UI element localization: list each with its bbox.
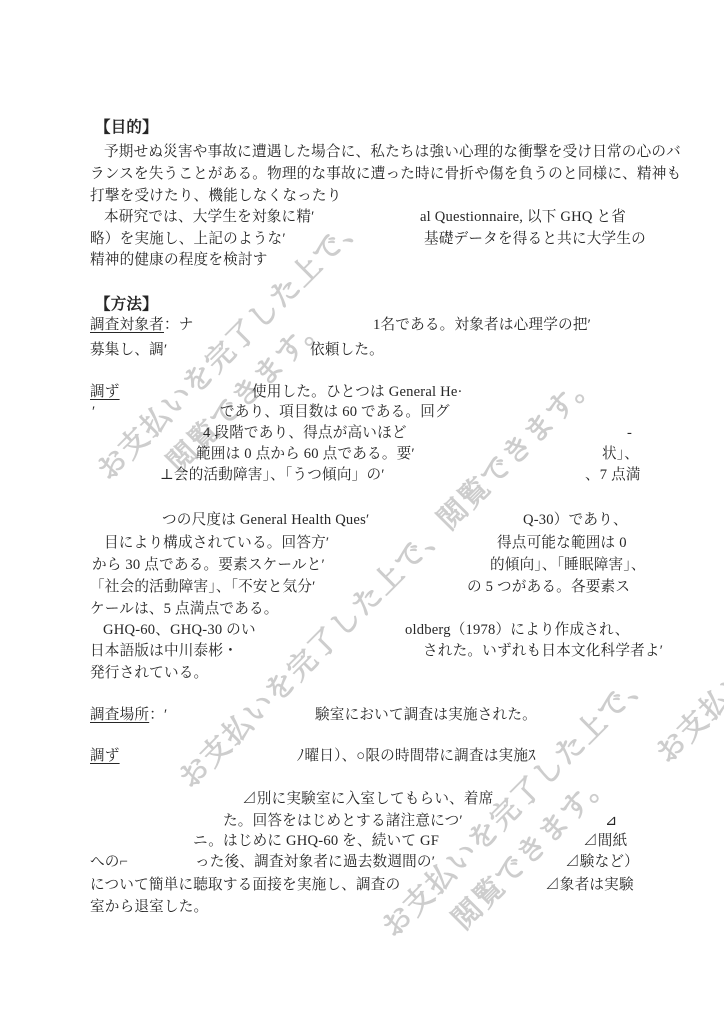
text-fragment: ⊿間紙 (583, 832, 627, 851)
text-line: ケールは、5 点満点である。 (90, 600, 279, 619)
text-fragment: ⊿象者は実験 (545, 876, 634, 895)
text-line-subjects: 調査対象者：ナ (90, 316, 194, 335)
text-fragment: ⊿ (605, 812, 617, 831)
underlined-label-subjects: 調査対象者 (90, 317, 164, 333)
text-line: 範囲は 0 点から 60 点である。要′ (196, 445, 415, 464)
text-line: 験室において調査は実施された。 (315, 706, 537, 725)
underlined-label-place: 調査場所 (90, 707, 149, 723)
text-line: 精神的健康の程度を検討す (90, 251, 268, 270)
text-line: 1名である。対象者は心理学の把′ (373, 316, 591, 335)
text-line: 基礎データを得ると共に大学生の (424, 230, 646, 249)
text-line: 略）を実施し、上記のような′ (90, 230, 286, 249)
text-fragment: Q-30）であり、 (523, 511, 628, 530)
text-line: 「社会的活動障害」、「不安と気分′ (90, 578, 316, 597)
text-line: 募集し、調′ (90, 341, 167, 360)
text-line: 打撃を受けたり、機能しなくなったり (90, 187, 342, 206)
text-fragment: 的傾向」、「睡眠障害」、 (490, 556, 646, 575)
text-line: 本研究では、大学生を対象に精′ (104, 208, 315, 227)
text-line-place: 調査場所：′ (90, 706, 167, 725)
text-fragment: ′ (92, 403, 95, 422)
text-line: GHQ-60、GHQ-30 のい (103, 621, 256, 640)
text-line: ランスを失うことがある。物理的な事故に遭った時に骨折や傷を負うのと同様に、精神も (90, 165, 681, 184)
text-fragment: 得点可能な範囲は 0 (497, 534, 627, 553)
text-fragment: 、7 点満 (585, 466, 641, 485)
text-line-survey2: 調ず (90, 747, 120, 766)
section-heading-method: 【方法】 (95, 295, 158, 314)
text-fragment: された。いずれも日本文化科学者よ′ (423, 642, 663, 661)
text-line-survey1: 調ず (90, 383, 120, 402)
text-line: った後、調査対象者に過去数週間の′ (195, 853, 435, 872)
underlined-label-survey1: 調ず (90, 384, 120, 400)
text-line: 日本語版は中川泰彬・ (90, 642, 238, 661)
text-layer: 【目的】 予期せぬ災害や事故に遭遇した場合に、私たちは強い心理的な衝撃を受け日常… (0, 0, 724, 1024)
text-line: ﾉ曜日）、○限の時間帯に調査は実施ｽ (297, 747, 536, 766)
text-fragment: 状」、 (602, 445, 639, 464)
text-fragment: ⊿験など） (565, 853, 639, 872)
text-line: であり、項目数は 60 である。回グ (220, 403, 450, 422)
text-line: 使用した。ひとつは General He· (252, 383, 463, 402)
text-fragment: oldberg（1978）により作成され、 (405, 621, 630, 640)
text-line: つの尺度は General Health Ques′ (162, 511, 369, 530)
label-rest: ：ナ (164, 317, 194, 333)
text-line: 室から退室した。 (90, 898, 208, 917)
text-line: から 30 点である。要素スケールと′ (92, 556, 325, 575)
text-fragment: の 5 つがある。各要素ス (467, 578, 630, 597)
text-line: 予期せぬ災害や事故に遭遇した場合に、私たちは強い心理的な衝撃を受け日常の心のバ (104, 143, 681, 162)
text-line: について簡単に聴取する面接を実施し、調査の (90, 876, 400, 895)
text-line: た。回答をはじめとする諸注意につ′ (223, 812, 463, 831)
text-fragment: への⌐ (90, 853, 128, 872)
text-line: 4 段階であり、得点が高いほど (203, 424, 407, 443)
text-line: ⊿別に実験室に入室してもらい、着席 (242, 790, 494, 809)
section-heading-purpose: 【目的】 (95, 118, 158, 137)
text-line: 発行されている。 (90, 664, 208, 683)
text-line: ⊥会的活動障害」、「うつ傾向」の′ (160, 466, 385, 485)
document-page: お支払いを完了した上で、 閲覧できます。 お支払いを完了した上で、閲覧できます。… (0, 0, 724, 1024)
text-fragment: - (627, 424, 632, 443)
text-line: 依頼した。 (310, 341, 384, 360)
label-rest: ：′ (149, 707, 167, 723)
text-line: ニ。はじめに GHQ-60 を、続いて GF (193, 832, 439, 851)
underlined-label-survey2: 調ず (90, 748, 120, 764)
text-line: al Questionnaire, 以下 GHQ と省 (420, 208, 626, 227)
text-line: 目により構成されている。回答方′ (104, 534, 329, 553)
